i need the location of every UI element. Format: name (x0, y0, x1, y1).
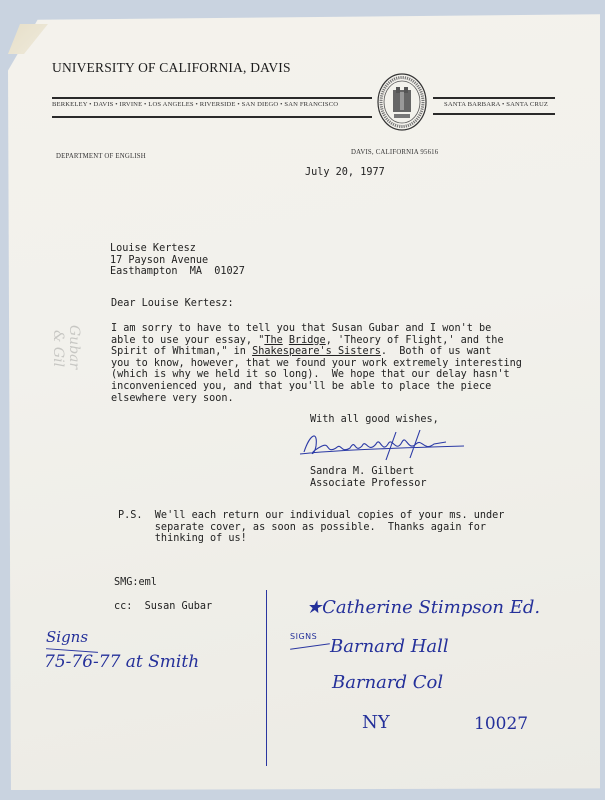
postscript-line: P.S. We'll each return our individual co… (118, 510, 504, 522)
body-text-segment: Spirit of Whitman," in (111, 346, 252, 357)
body-text-segment: . Both of us want (381, 346, 491, 357)
body-line: I am sorry to have to tell you that Susa… (111, 323, 522, 335)
body-line: elsewhere very soon. (111, 393, 522, 405)
reference-initials: SMG:eml (114, 577, 157, 589)
university-seal-icon (376, 72, 428, 132)
recipient-address: Louise Kertesz17 Payson AvenueEasthampto… (110, 243, 245, 278)
postscript-line: separate cover, as soon as possible. Tha… (118, 522, 504, 534)
handwritten-address-line: Barnard Hall (330, 636, 449, 657)
underlined-title: Bridge (289, 335, 326, 346)
letterhead-rule (433, 97, 555, 99)
handwritten-divider-line (266, 590, 267, 766)
postscript-line: thinking of us! (118, 533, 504, 545)
handwritten-signature (296, 424, 466, 464)
signer-block: Sandra M. GilbertAssociate Professor (310, 466, 427, 489)
handwritten-signs-label: Signs (46, 628, 88, 646)
body-line: (which is why we held it so long). We ho… (111, 369, 522, 381)
letterhead-rule (52, 97, 372, 99)
body-text-segment: , 'Theory of Flight,' and the (326, 335, 504, 346)
handwritten-note-smith: 75-76-77 at Smith (44, 652, 199, 672)
letterhead-address: DAVIS, CALIFORNIA 95616 (351, 149, 438, 156)
postscript: P.S. We'll each return our individual co… (118, 510, 504, 545)
salutation: Dear Louise Kertesz: (111, 298, 234, 310)
recipient-name: Louise Kertesz (110, 243, 245, 255)
body-line: inconvenienced you, and that you'll be a… (111, 381, 522, 393)
campus-list-right: SANTA BARBARA • SANTA CRUZ (444, 101, 548, 108)
campus-list-left: BERKELEY • DAVIS • IRVINE • LOS ANGELES … (52, 101, 338, 108)
signer-name: Sandra M. Gilbert (310, 466, 427, 478)
department-name: DEPARTMENT OF ENGLISH (56, 153, 146, 160)
letterhead-rule (52, 116, 372, 118)
body-line: Spirit of Whitman," in Shakespeare's Sis… (111, 346, 522, 358)
recipient-city: Easthampton MA 01027 (110, 266, 245, 278)
pencil-margin-note: & Gil (50, 330, 66, 367)
handwritten-zip: 10027 (474, 714, 528, 734)
carbon-copy-line: cc: Susan Gubar (114, 601, 212, 613)
handwritten-signs-label: SIGNS (290, 632, 317, 641)
handwritten-state: NY (362, 712, 390, 733)
handwritten-address-line: Barnard Col (332, 672, 443, 693)
underlined-title: The (264, 335, 282, 346)
letter-date: July 20, 1977 (305, 167, 385, 179)
underlined-book-title: Shakespeare's Sisters (252, 346, 381, 357)
letterhead-rule (433, 113, 555, 115)
body-text-segment: able to use your essay, " (111, 335, 264, 346)
pencil-margin-note: Gubar (66, 325, 82, 369)
recipient-street: 17 Payson Avenue (110, 255, 245, 267)
signer-title: Associate Professor (310, 478, 427, 490)
letter-body: I am sorry to have to tell you that Susa… (111, 323, 522, 404)
institution-name: UNIVERSITY OF CALIFORNIA, DAVIS (52, 60, 291, 76)
handwritten-address-line: ★Catherine Stimpson Ed. (306, 597, 540, 618)
body-line: you to know, however, that we found your… (111, 358, 522, 370)
body-line: able to use your essay, "The Bridge, 'Th… (111, 335, 522, 347)
